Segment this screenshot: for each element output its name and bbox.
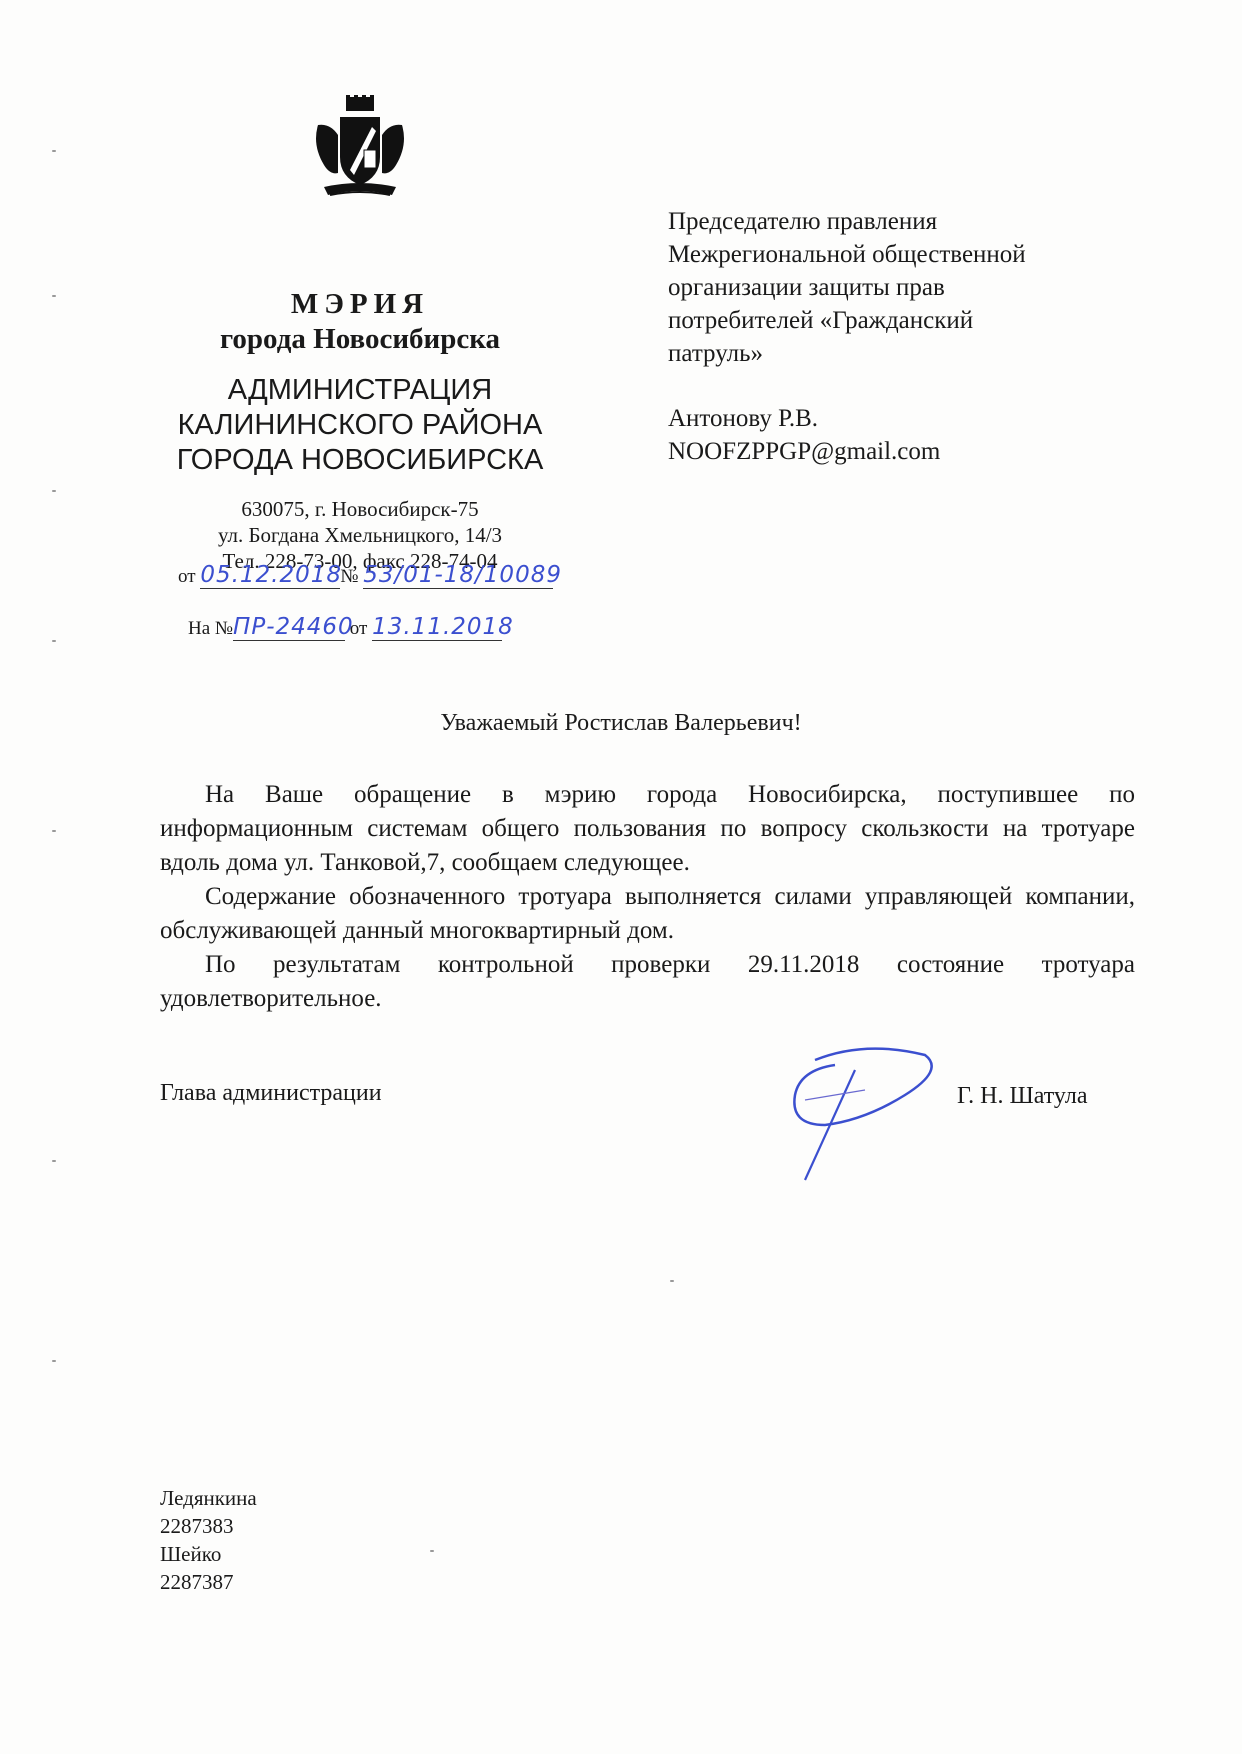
street-address: ул. Богдана Хмельницкого, 14/3 [150, 522, 570, 548]
city-title: города Новосибирска [150, 321, 570, 357]
recipient-line: патруль» [668, 337, 1128, 370]
handwritten-signature-icon [775, 1040, 945, 1195]
number-label: № [340, 566, 358, 587]
body-paragraph: Содержание обозначенного тротуара выполн… [160, 880, 1135, 948]
recipient-line: Председателю правления [668, 205, 1128, 238]
outgoing-registration: от 05.12.2018№ 53/01-18/10089 [178, 562, 553, 589]
greeting: Уважаемый Ростислав Валерьевич! [0, 710, 1242, 737]
reply-label: На № [188, 618, 233, 639]
mayor-office-title: МЭРИЯ [150, 287, 570, 321]
administration-line: КАЛИНИНСКОГО РАЙОНА [150, 408, 570, 443]
recipient-line: потребителей «Гражданский [668, 304, 1128, 337]
reply-from-label: от [350, 618, 368, 639]
administration-line: ГОРОДА НОВОСИБИРСКА [150, 443, 570, 478]
recipient-line: организации защиты прав [668, 271, 1128, 304]
executor-name: Ледянкина [160, 1484, 257, 1512]
executor-phone: 2287387 [160, 1568, 257, 1596]
body-paragraph: По результатам контрольной проверки 29.1… [160, 948, 1135, 1016]
recipient-block: Председателю правления Межрегиональной о… [668, 205, 1128, 468]
postal-address: 630075, г. Новосибирск-75 [150, 496, 570, 522]
reply-date: 13.11.2018 [372, 614, 502, 641]
from-label: от [178, 566, 196, 587]
executor-phone: 2287383 [160, 1512, 257, 1540]
signatory-name: Г. Н. Шатула [957, 1083, 1088, 1110]
outgoing-date: 05.12.2018 [200, 562, 340, 589]
coat-of-arms-icon [310, 95, 410, 205]
executor-name: Шейко [160, 1540, 257, 1568]
administration-line: АДМИНИСТРАЦИЯ [150, 373, 570, 408]
body-paragraph: На Ваше обращение в мэрию города Новосиб… [160, 778, 1135, 880]
incoming-registration: На №ПР-24460 от 13.11.2018 [188, 614, 502, 641]
recipient-line: Межрегиональной общественной [668, 238, 1128, 271]
outgoing-number: 53/01-18/10089 [363, 562, 553, 589]
recipient-email: NOOFZPPGP@gmail.com [668, 435, 1128, 468]
signatory-title: Глава администрации [160, 1080, 382, 1107]
administration-title: АДМИНИСТРАЦИЯ КАЛИНИНСКОГО РАЙОНА ГОРОДА… [150, 373, 570, 478]
letter-body: На Ваше обращение в мэрию города Новосиб… [160, 778, 1135, 1016]
executor-block: Ледянкина 2287383 Шейко 2287387 [160, 1484, 257, 1596]
reply-number: ПР-24460 [233, 614, 345, 641]
letterhead: МЭРИЯ города Новосибирска АДМИНИСТРАЦИЯ … [150, 95, 570, 574]
recipient-name: Антонову Р.В. [668, 402, 1128, 435]
